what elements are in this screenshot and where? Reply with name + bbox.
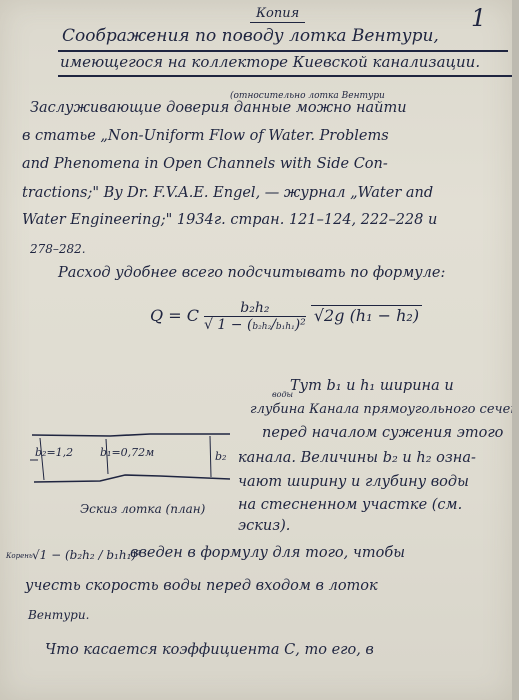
expl-line-6: на стесненном участке (см. — [238, 497, 462, 513]
para3-line-2: учесть скорость воды перед входом в лото… — [25, 578, 378, 594]
title-underline-1 — [58, 50, 508, 52]
root-expression: √1 − (b₂h₂ / b₁h₁)² — [32, 548, 141, 562]
label-b2-right: b₂ — [215, 450, 226, 463]
expl-line-3: перед началом сужения этого — [262, 425, 503, 441]
expl-line-2: глубина Канала прямоугольного сечения — [250, 402, 519, 417]
denominator-frac-den: b₁h₁ — [276, 322, 295, 332]
para1-line-5: Water Engineering;" 1934г. стран. 121–12… — [22, 212, 437, 228]
para4-text: Что касается коэффициента С, то его, в — [45, 642, 374, 658]
formula-lhs: Q = C — [150, 306, 199, 325]
formula-denominator: √ 1 − (b₂h₂/b₁h₁)² — [204, 317, 306, 333]
expl-line-5: чают ширину и глубину воды — [238, 474, 469, 490]
title-line-1: Соображения по поводу лотка Вентури, — [62, 26, 439, 46]
title-underline-2 — [58, 75, 513, 77]
para1-line-2: в статье „Non-Uniform Flow of Water. Pro… — [22, 128, 389, 144]
paper-sheet: Копия 1 Соображения по поводу лотка Вент… — [0, 0, 512, 700]
para1-line-3: and Phenomena in Open Channels with Side… — [22, 156, 388, 172]
para3-line-1: введен в формулу для того, чтобы — [130, 545, 405, 561]
formula-rhs: √2g (h₁ − h₂) — [311, 305, 422, 325]
discharge-formula: Q = C b₂h₂ √ 1 − (b₂h₂/b₁h₁)² √2g (h₁ − … — [150, 300, 422, 333]
para1-line-1: Заслуживающие доверия данные можно найти — [30, 100, 407, 116]
label-b1: b₁=0,72м — [100, 446, 154, 459]
formula-numerator: b₂h₂ — [204, 300, 306, 317]
flume-plan-drawing — [30, 430, 235, 490]
denominator-suffix: )² — [295, 317, 306, 333]
label-b2-left: b₂=1,2 — [35, 446, 73, 459]
flume-sketch: b₂=1,2 b₁=0,72м b₂ Эскиз лотка (план) — [30, 430, 235, 490]
expl-line-4: канала. Величины b₂ и h₂ озна- — [238, 450, 476, 466]
expl-line-1: Тут b₁ и h₁ ширина и — [290, 378, 454, 394]
para1-line-6: 278–282. — [30, 242, 86, 256]
page-edge — [512, 0, 519, 700]
formula-fraction: b₂h₂ √ 1 − (b₂h₂/b₁h₁)² — [204, 300, 306, 333]
page-number: 1 — [471, 4, 486, 32]
sketch-caption: Эскиз лотка (план) — [80, 502, 205, 516]
denominator-frac-num: b₂h₂ — [252, 322, 271, 332]
para2-text: Расход удобнее всего подсчитывать по фор… — [58, 265, 445, 281]
para1-line-4: tractions;" By Dr. F.V.A.E. Engel, — жур… — [22, 185, 433, 201]
denominator-prefix: √ 1 − ( — [204, 317, 252, 333]
para3-line-3: Вентури. — [28, 608, 89, 622]
expl-line-7: эскиз). — [238, 518, 290, 534]
title-line-2: имеющегося на коллекторе Киевской канали… — [60, 53, 480, 71]
root-prefix: Корень — [6, 552, 33, 560]
copy-mark: Копия — [250, 6, 305, 23]
